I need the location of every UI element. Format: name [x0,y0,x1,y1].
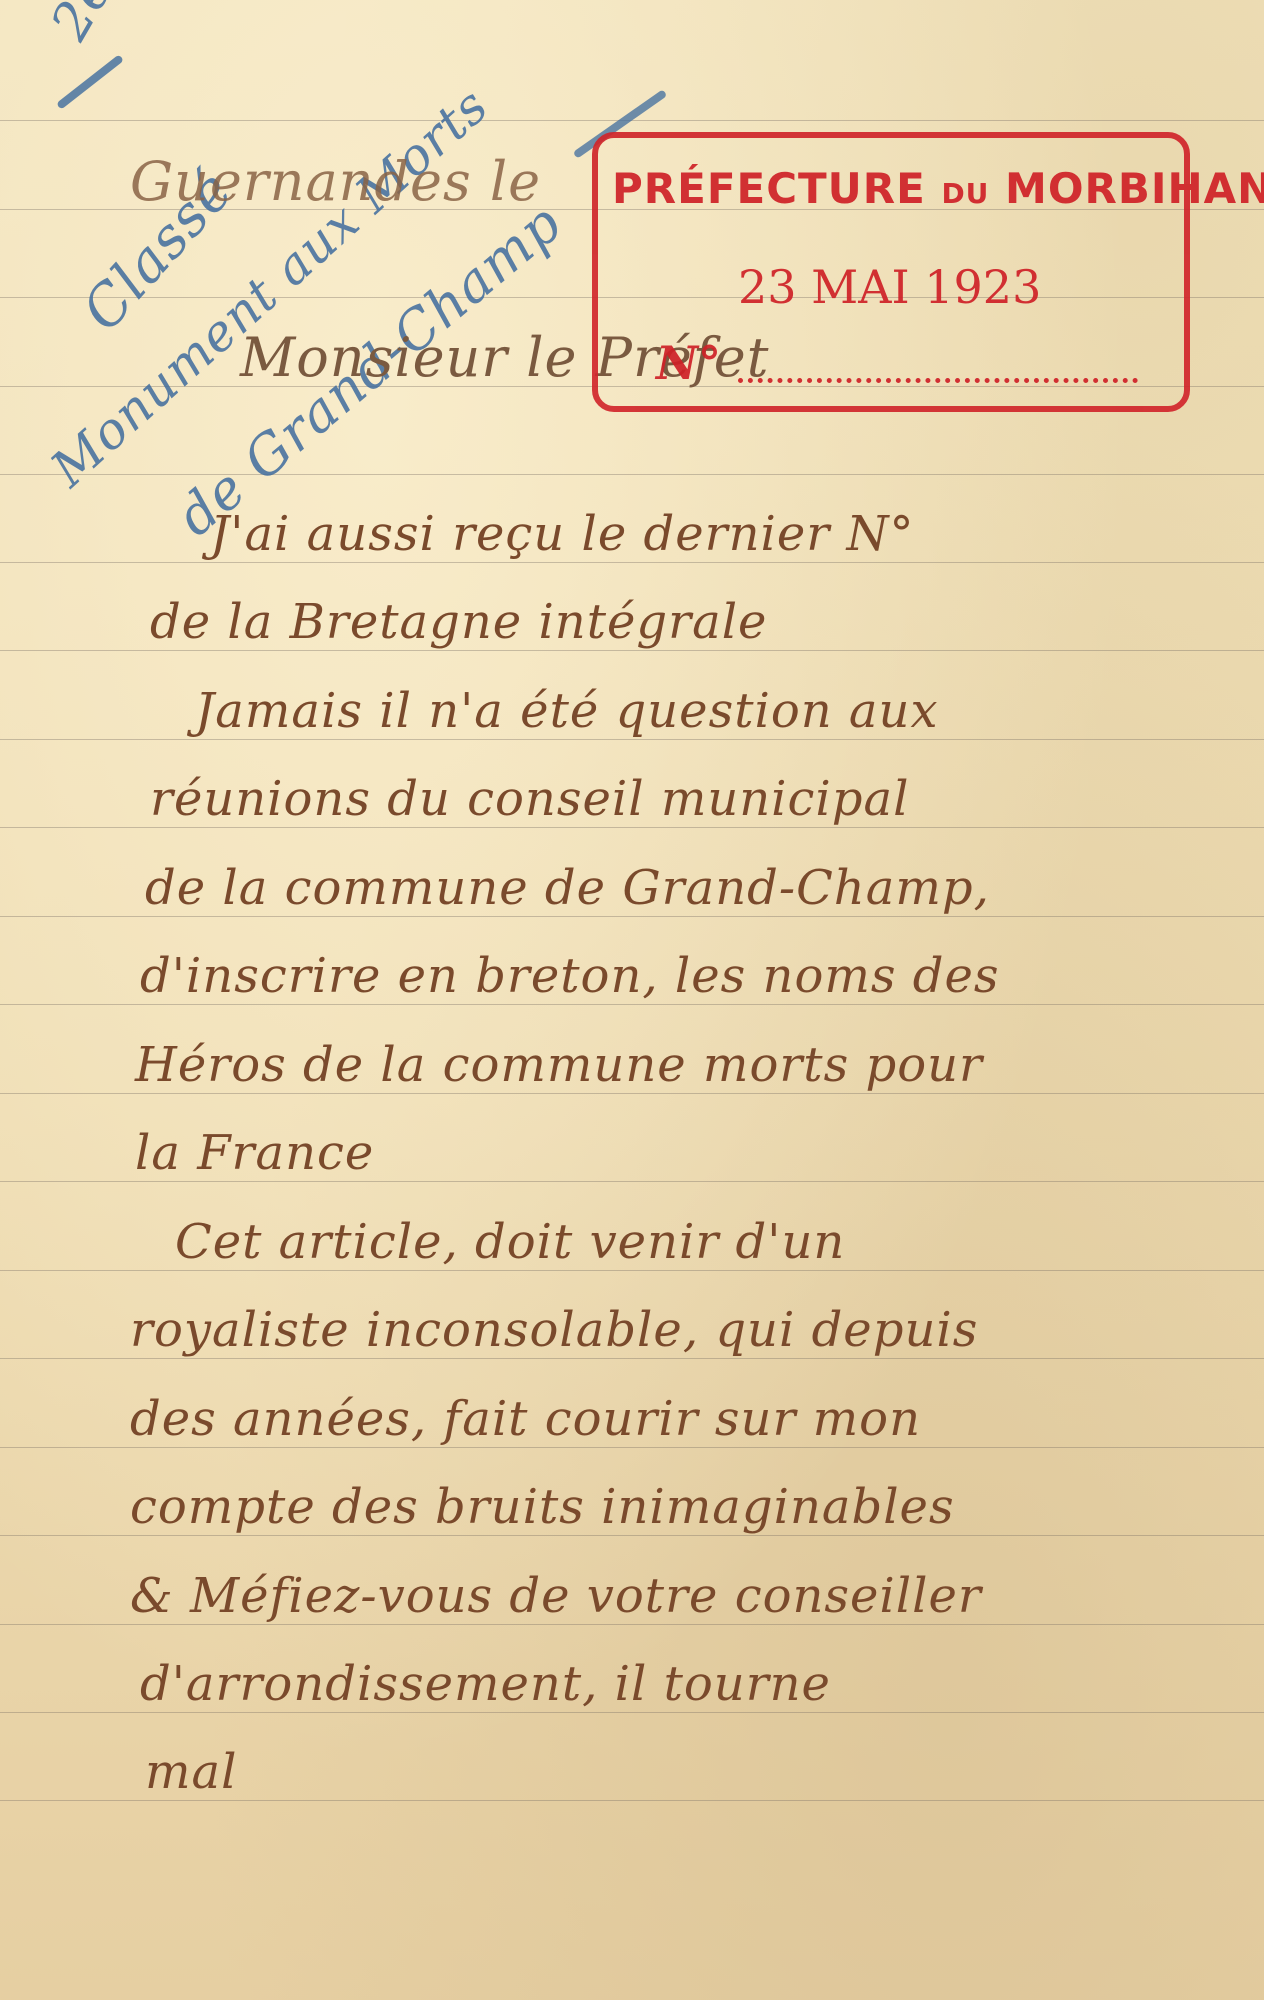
stamp-title-morbihan: MORBIHAN [1005,164,1264,213]
body-line: la France [135,1129,374,1177]
letter-place: Guernandes le [130,150,541,213]
body-line: d'arrondissement, il tourne [140,1660,831,1708]
body-line: de la commune de Grand-Champ, [145,864,990,912]
ruled-line [0,1624,1264,1625]
body-line: de la Bretagne intégrale [150,598,767,646]
ruled-line [0,474,1264,475]
body-line: mal [145,1748,237,1796]
body-line: des années, fait courir sur mon [130,1395,921,1443]
letter-page: 2e Classé Monument aux Morts de Grand-Ch… [0,0,1264,2000]
ruled-line [0,1093,1264,1094]
body-line: Héros de la commune morts pour [135,1041,983,1089]
ruled-line [0,650,1264,651]
stamp-number-label: N° [656,336,721,390]
ruled-line [0,827,1264,828]
body-line: J'ai aussi reçu le dernier N° [210,510,914,558]
body-line: & Méfiez-vous de votre conseiller [130,1572,982,1620]
ruled-line [0,1712,1264,1713]
ruled-line [0,1535,1264,1536]
body-line: Cet article, doit venir d'un [175,1218,845,1266]
ruled-line [0,1004,1264,1005]
margin-number: 2e [40,0,125,50]
ruled-line [0,739,1264,740]
stamp-title: PRÉFECTURE DU MORBIHAN [612,164,1264,213]
margin-slash [56,54,124,110]
ruled-line [0,1270,1264,1271]
body-line: royaliste inconsolable, qui depuis [130,1306,978,1354]
ruled-line [0,916,1264,917]
ruled-line [0,1181,1264,1182]
stamp-title-du: DU [941,177,989,210]
ruled-line [0,562,1264,563]
stamp-title-prefecture: PRÉFECTURE [612,164,926,213]
body-line: d'inscrire en breton, les noms des [140,952,1000,1000]
prefecture-stamp: PRÉFECTURE DU MORBIHAN 23 MAI 1923 N° [592,132,1190,412]
ruled-line [0,1358,1264,1359]
stamp-number-dots [738,378,1138,383]
stamp-date: 23 MAI 1923 [738,260,1041,314]
body-line: compte des bruits inimaginables [130,1483,955,1531]
body-line: réunions du conseil municipal [150,775,909,823]
body-line: Jamais il n'a été question aux [195,687,939,735]
ruled-line [0,1800,1264,1801]
ruled-line [0,1447,1264,1448]
